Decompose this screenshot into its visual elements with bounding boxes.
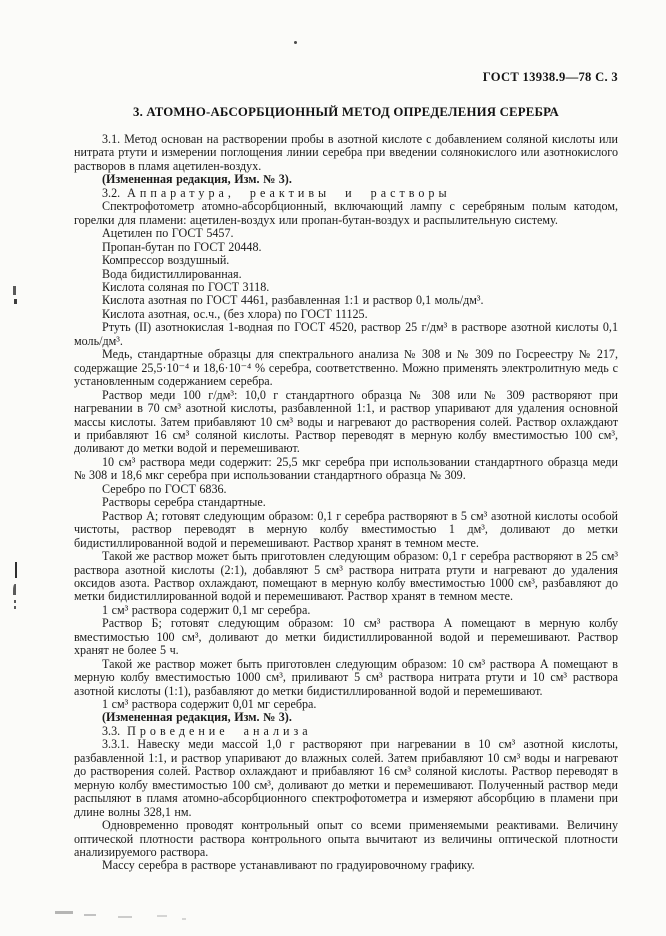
solution-b-content: 1 см³ раствора содержит 0,01 мг серебра. [74,698,618,711]
amendment-note: (Измененная редакция, Изм. № 3). [74,173,618,186]
reagent-nitric-acid-pure: Кислота азотная, ос.ч., (без хлора) по Г… [74,308,618,321]
running-header: ГОСТ 13938.9—78 С. 3 [74,70,618,84]
scan-artifact [14,606,16,609]
reagent-spectrophotometer: Спектрофотометр атомно-абсорбционный, вк… [74,200,618,227]
section-3-2-heading: 3.2.Аппаратура, реактивы и растворы [74,187,618,200]
solution-b-preparation: Раствор Б; готовят следующим образом: 10… [74,617,618,657]
scan-artifact [13,584,16,595]
page-content: ГОСТ 13938.9—78 С. 3 3. АТОМНО-АБСОРБЦИО… [74,70,618,873]
scan-artifact [55,911,73,914]
amendment-note: (Измененная редакция, Изм. № 3). [74,711,618,724]
reagent-compressor: Компрессор воздушный. [74,254,618,267]
reagent-mercury-nitrate: Ртуть (II) азотнокислая 1-водная по ГОСТ… [74,321,618,348]
document-page: ГОСТ 13938.9—78 С. 3 3. АТОМНО-АБСОРБЦИО… [0,0,666,936]
section-title: 3. АТОМНО-АБСОРБЦИОННЫЙ МЕТОД ОПРЕДЕЛЕНИ… [74,105,618,120]
reagent-propane-butane: Пропан-бутан по ГОСТ 20448. [74,241,618,254]
section-number: 3.3. [102,724,120,738]
scan-artifact [182,918,186,920]
reagent-water: Вода бидистиллированная. [74,268,618,281]
section-heading-text: Аппаратура, реактивы и растворы [127,186,450,200]
scan-artifact [157,915,167,917]
solution-b-alternative: Такой же раствор может быть приготовлен … [74,658,618,698]
silver-mass-determination: Массу серебра в растворе устанавливают п… [74,859,618,872]
section-number: 3.2. [102,186,120,200]
section-heading-text: Проведение анализа [127,724,312,738]
paragraph-3-3-1: 3.3.1. Навеску меди массой 1,0 г раствор… [74,738,618,819]
copper-solution-preparation: Раствор меди 100 г/дм³: 10,0 г стандартн… [74,389,618,456]
scan-artifact [14,299,17,304]
paragraph-3-1: 3.1. Метод основан на растворении пробы … [74,133,618,173]
reagent-hydrochloric-acid: Кислота соляная по ГОСТ 3118. [74,281,618,294]
section-3-3-heading: 3.3.Проведение анализа [74,725,618,738]
scan-artifact [84,914,96,916]
copper-solution-content: 10 см³ раствора меди содержит: 25,5 мкг … [74,456,618,483]
solution-a-alternative: Такой же раствор может быть приготовлен … [74,550,618,604]
reagent-nitric-acid: Кислота азотная по ГОСТ 4461, разбавленн… [74,294,618,307]
control-experiment: Одновременно проводят контрольный опыт с… [74,819,618,859]
reagent-acetylene: Ацетилен по ГОСТ 5457. [74,227,618,240]
reagent-copper-standards: Медь, стандартные образцы для спектральн… [74,348,618,388]
reagent-silver: Серебро по ГОСТ 6836. [74,483,618,496]
scan-artifact [13,286,16,295]
scan-artifact [15,562,17,578]
solution-a-preparation: Раствор А; готовят следующим образом: 0,… [74,510,618,550]
scan-artifact [294,41,297,44]
scan-artifact [14,600,16,603]
solution-a-content: 1 см³ раствора содержит 0,1 мг серебра. [74,604,618,617]
silver-solutions-heading: Растворы серебра стандартные. [74,496,618,509]
scan-artifact [118,916,132,918]
